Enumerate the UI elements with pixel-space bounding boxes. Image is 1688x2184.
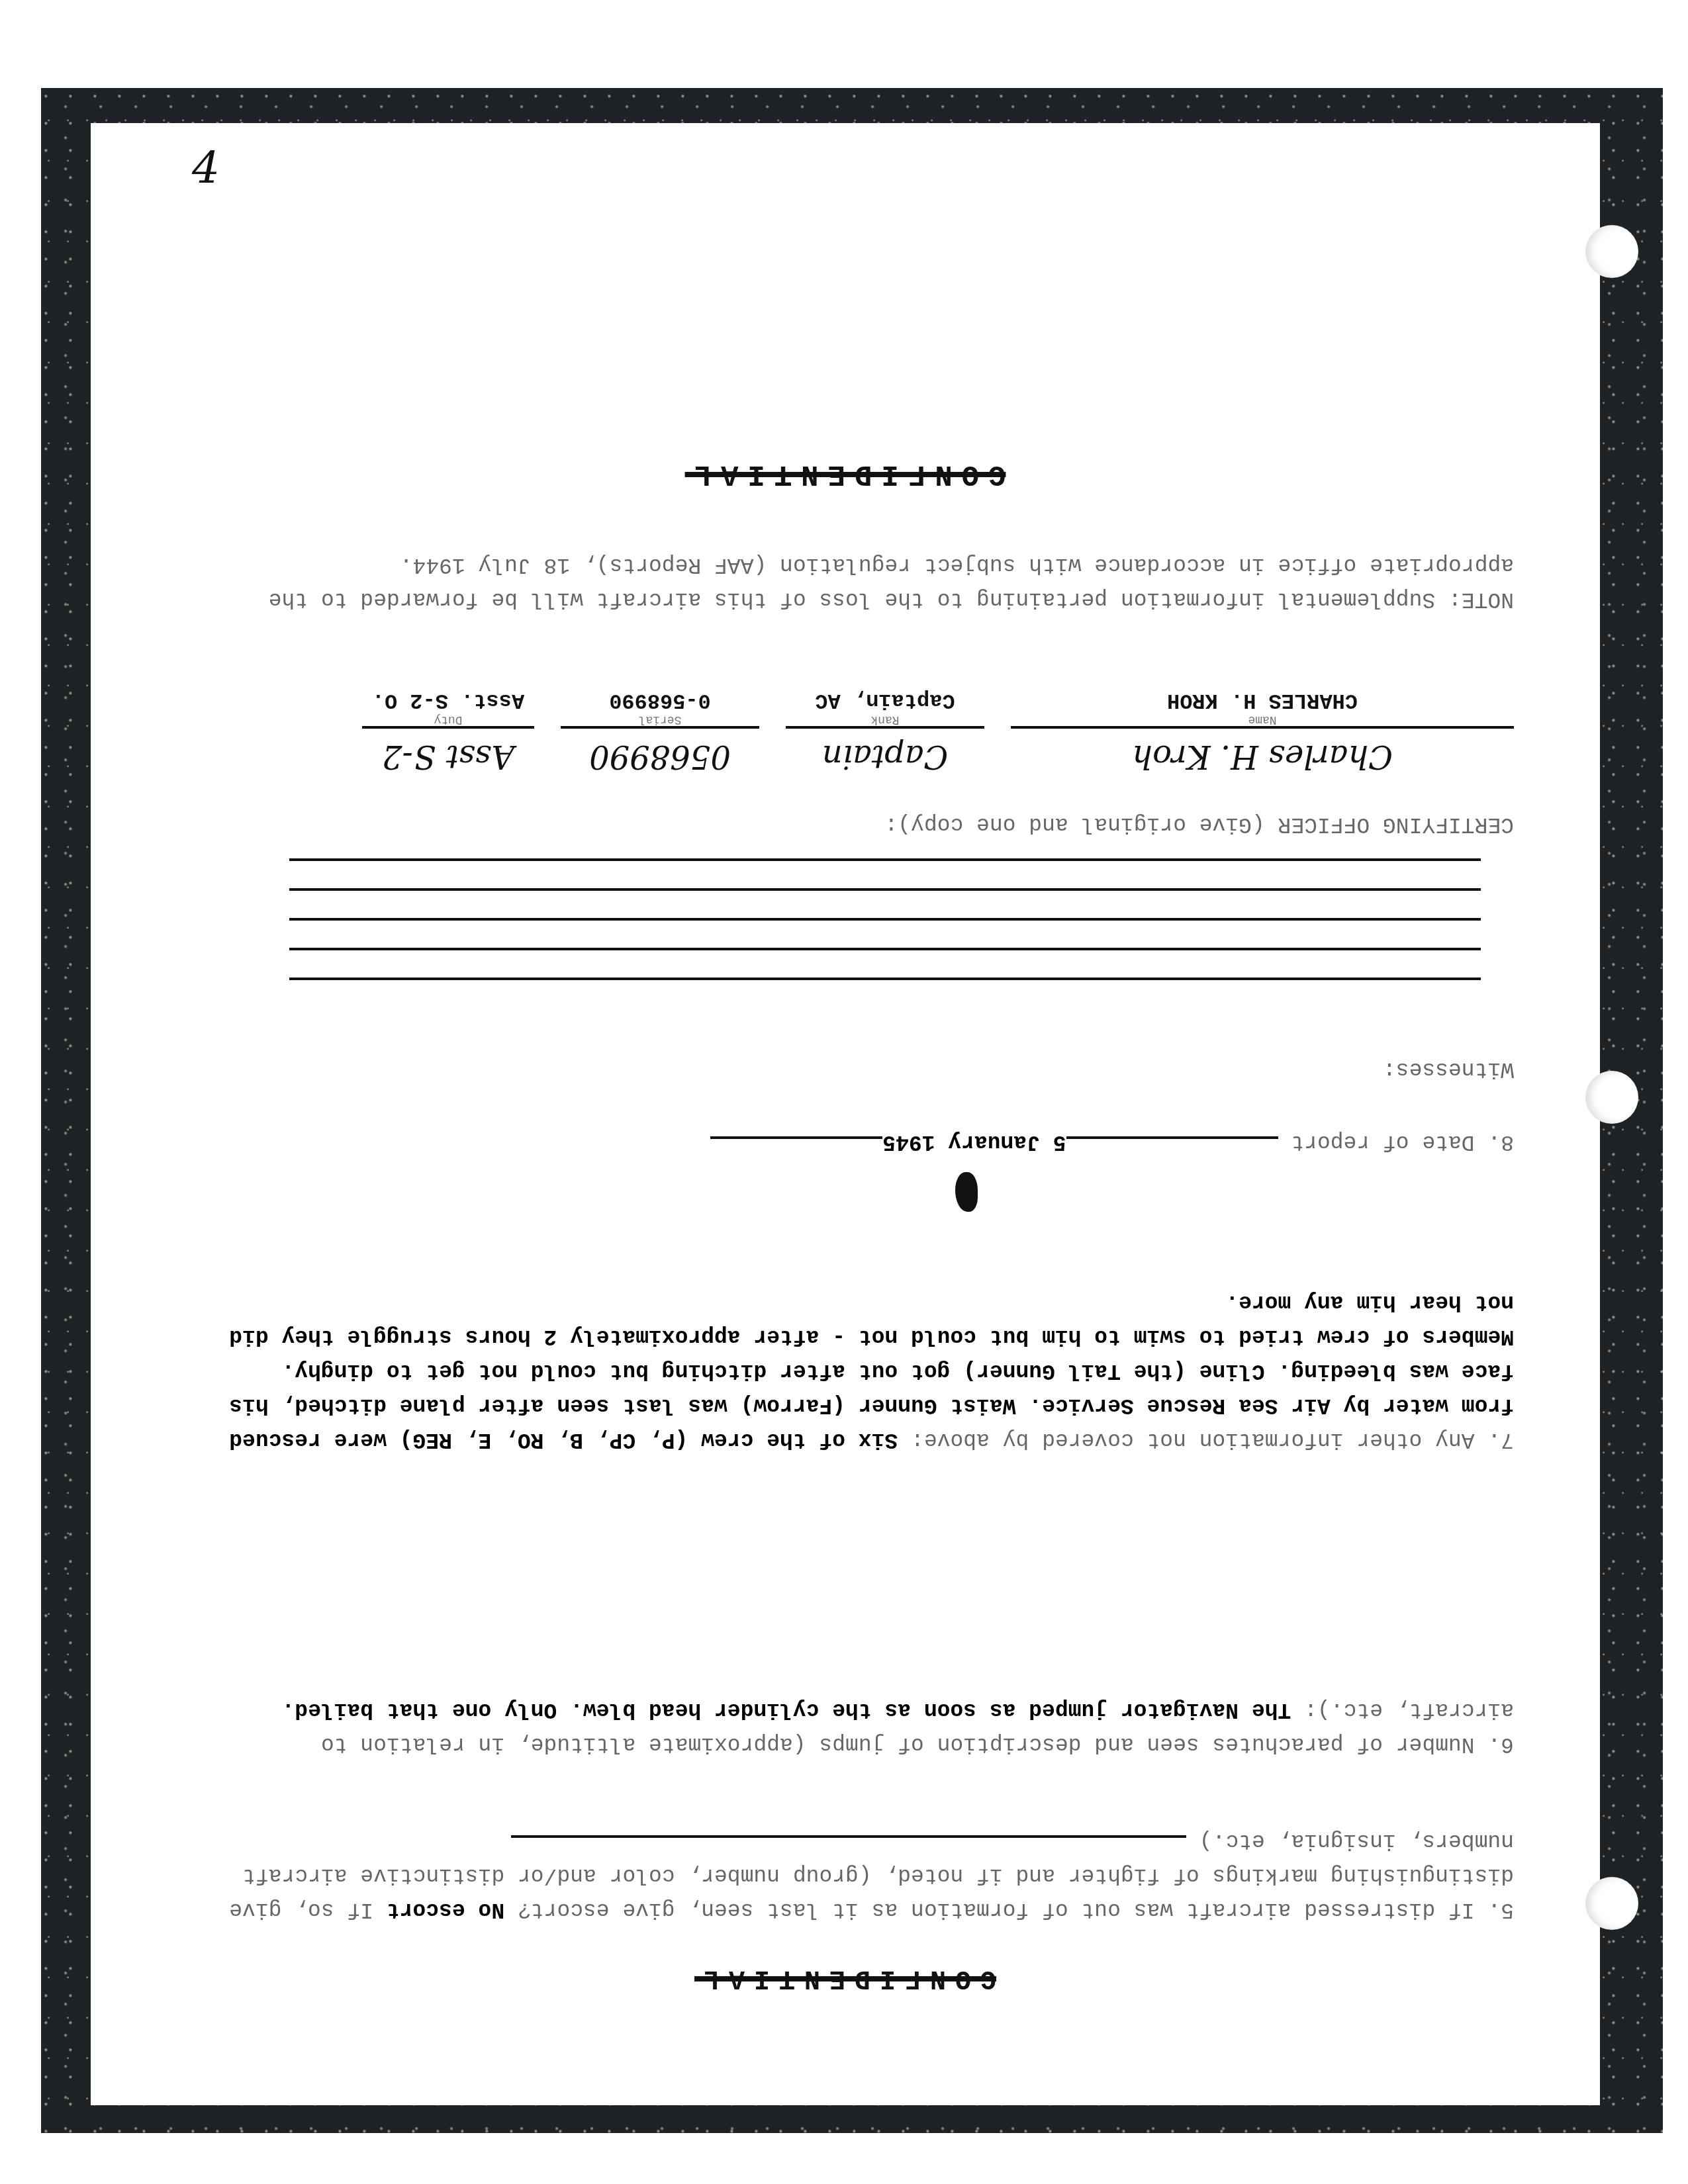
witness-line-1 (289, 978, 1481, 980)
witness-line-4 (289, 888, 1481, 891)
signature-rank: Captain Rank Captain, AC (786, 688, 984, 775)
note: NOTE: Supplemental information pertainin… (203, 547, 1514, 616)
rotated-content: CONFIDENTIAL 5. If distressed aircraft w… (91, 123, 1600, 2105)
signature-name: Charles H. Kroh Name CHARLES H. KROH (1011, 688, 1514, 775)
report-date: 5 January 1945 (882, 1130, 1066, 1154)
signature-serial: 0568990 Serial 0-568990 (561, 688, 759, 775)
item-6: 6. Number of parachutes seen and descrip… (203, 1692, 1514, 1761)
item-5: 5. If distressed aircraft was out of for… (203, 1823, 1514, 1927)
item-8: 8. Date of report 5 January 1945 (203, 1124, 1514, 1159)
witness-line-5 (289, 858, 1481, 861)
witness-line-2 (289, 948, 1481, 950)
certifying-officer-label: CERTIFYING OFFICER (Give original and on… (203, 807, 1514, 841)
signature-row: Charles H. Kroh Name CHARLES H. KROH Cap… (190, 688, 1514, 775)
witness-line-3 (289, 918, 1481, 921)
witnesses-label: Witnesses: (203, 1052, 1514, 1086)
signature-duty: Asst S-2 Duty Asst. S-2 O. (362, 688, 534, 775)
classification-banner: CONFIDENTIAL (660, 1963, 1031, 1993)
redacted-header: CONFIDENTIAL (660, 457, 1031, 490)
handwritten-signature: Charles H. Kroh (1132, 729, 1393, 775)
parachute-answer: The Navigator jumped as soon as the cyli… (281, 1698, 1291, 1722)
ink-smudge (955, 1172, 978, 1212)
escort-answer: No escort (387, 1897, 504, 1922)
item-7: 7. Any other information not covered by … (203, 1285, 1514, 1457)
